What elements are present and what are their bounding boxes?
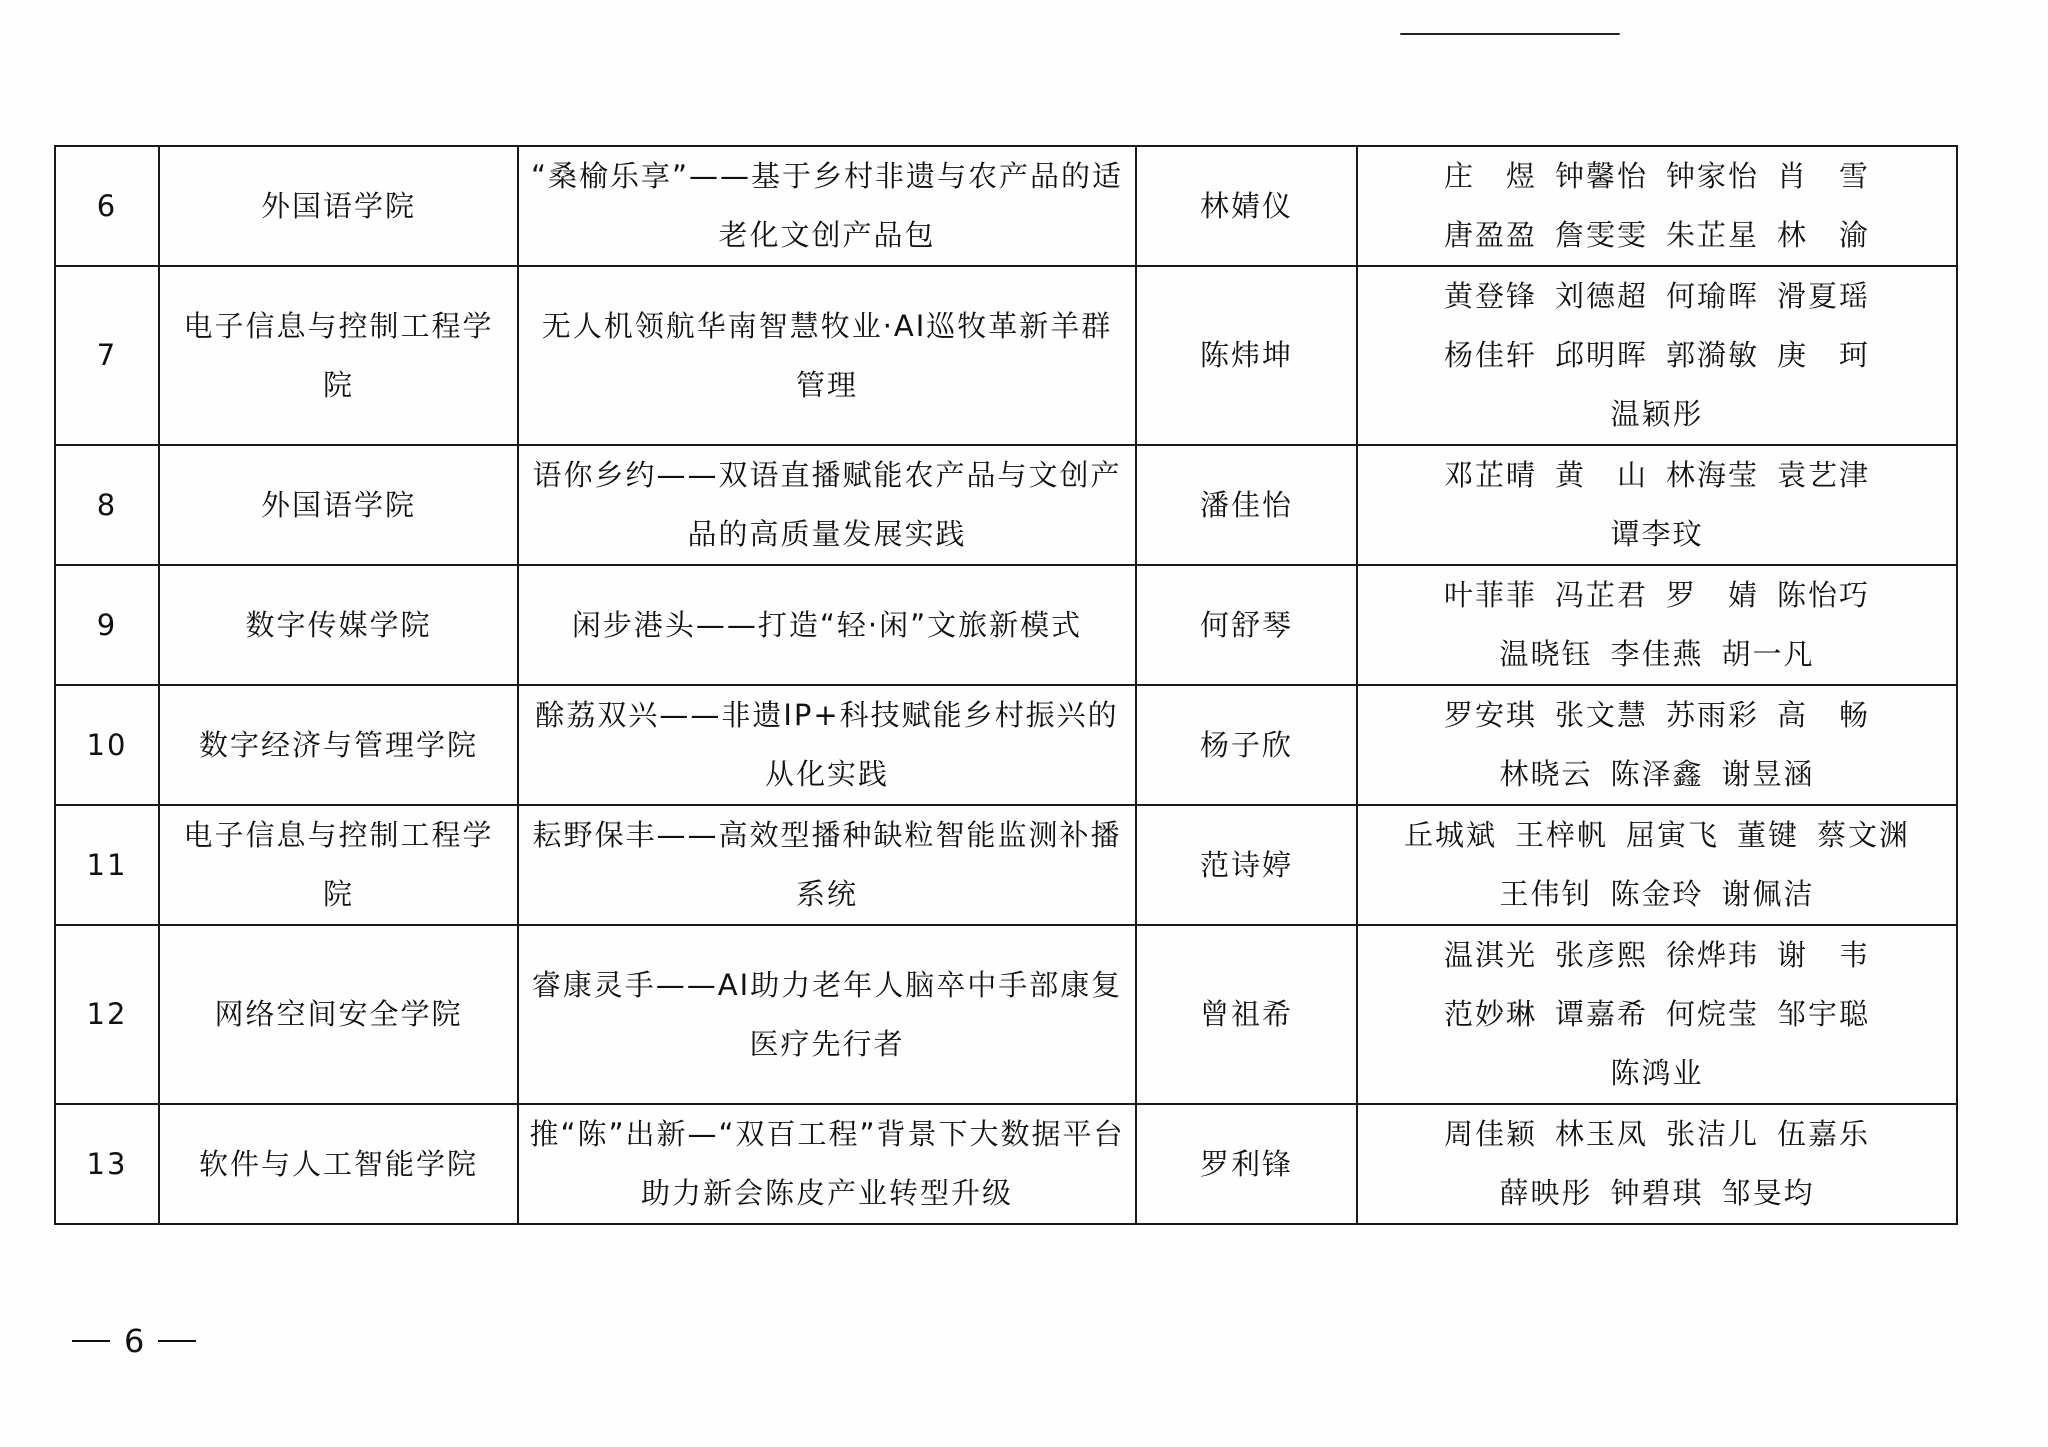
member-name: 周佳颖 (1444, 1105, 1537, 1164)
leader-cell: 潘佳怡 (1136, 445, 1357, 565)
member-name: 范妙琳 (1444, 985, 1537, 1044)
leader-cell: 曾祖希 (1136, 925, 1357, 1104)
project-title-cell: 闲步港头——打造“轻·闲”文旅新模式 (518, 565, 1136, 685)
member-name: 何烷莹 (1666, 985, 1759, 1044)
member-line: 周佳颖林玉凤张洁儿伍嘉乐 (1368, 1105, 1946, 1164)
members-cell: 温淇光张彦熙徐烨玮谢 韦范妙琳谭嘉希何烷莹邹宇聪陈鸿业 (1357, 925, 1957, 1104)
member-name: 张文慧 (1555, 686, 1648, 745)
member-name: 邱明晖 (1555, 326, 1648, 385)
table-row: 7电子信息与控制工程学院无人机领航华南智慧牧业·AI巡牧革新羊群管理陈炜坤黄登锋… (55, 266, 1957, 445)
member-name: 叶菲菲 (1444, 566, 1537, 625)
leader-cell: 何舒琴 (1136, 565, 1357, 685)
member-name: 罗 婧 (1666, 566, 1759, 625)
project-title-cell: 酴荔双兴——非遗IP+科技赋能乡村振兴的从化实践 (518, 685, 1136, 805)
row-number: 11 (55, 805, 159, 925)
member-name: 谢佩洁 (1722, 865, 1815, 924)
project-title-cell: 推“陈”出新—“双百工程”背景下大数据平台助力新会陈皮产业转型升级 (518, 1104, 1136, 1224)
member-name: 苏雨彩 (1666, 686, 1759, 745)
member-line: 温晓钰李佳燕胡一凡 (1368, 625, 1946, 684)
member-line: 黄登锋刘德超何瑜晖滑夏瑶 (1368, 267, 1946, 326)
member-line: 邓芷晴黄 山林海莹袁艺津 (1368, 446, 1946, 505)
member-line: 叶菲菲冯芷君罗 婧陈怡巧 (1368, 566, 1946, 625)
member-name: 邹宇聪 (1777, 985, 1870, 1044)
member-line: 陈鸿业 (1368, 1044, 1946, 1103)
project-title-cell: “桑榆乐享”——基于乡村非遗与农产品的适老化文创产品包 (518, 146, 1136, 266)
table-row: 8外国语学院语你乡约——双语直播赋能农产品与文创产品的高质量发展实践潘佳怡邓芷晴… (55, 445, 1957, 565)
leader-cell: 罗利锋 (1136, 1104, 1357, 1224)
table-row: 11电子信息与控制工程学院耘野保丰——高效型播种缺粒智能监测补播系统范诗婷丘城斌… (55, 805, 1957, 925)
project-title-cell: 耘野保丰——高效型播种缺粒智能监测补播系统 (518, 805, 1136, 925)
member-name: 谭李玟 (1610, 505, 1703, 564)
member-name: 温颖彤 (1610, 385, 1703, 444)
college-cell: 数字传媒学院 (159, 565, 518, 685)
member-name: 薛映彤 (1499, 1164, 1592, 1223)
member-name: 何瑜晖 (1666, 267, 1759, 326)
header-rule (1400, 33, 1620, 35)
member-name: 王梓帆 (1515, 806, 1608, 865)
member-name: 伍嘉乐 (1777, 1105, 1870, 1164)
members-cell: 黄登锋刘德超何瑜晖滑夏瑶杨佳轩邱明晖郭漪敏庚 珂温颖彤 (1357, 266, 1957, 445)
table-row: 6外国语学院“桑榆乐享”——基于乡村非遗与农产品的适老化文创产品包林婧仪庄 煜钟… (55, 146, 1957, 266)
members-cell: 叶菲菲冯芷君罗 婧陈怡巧温晓钰李佳燕胡一凡 (1357, 565, 1957, 685)
table-body: 6外国语学院“桑榆乐享”——基于乡村非遗与农产品的适老化文创产品包林婧仪庄 煜钟… (55, 146, 1957, 1224)
project-title-cell: 睿康灵手——AI助力老年人脑卒中手部康复医疗先行者 (518, 925, 1136, 1104)
member-name: 庄 煜 (1444, 147, 1537, 206)
member-name: 陈金玲 (1610, 865, 1703, 924)
member-name: 温淇光 (1444, 926, 1537, 985)
college-cell: 电子信息与控制工程学院 (159, 266, 518, 445)
members-cell: 周佳颖林玉凤张洁儿伍嘉乐薛映彤钟碧琪邹旻均 (1357, 1104, 1957, 1224)
member-name: 张彦熙 (1555, 926, 1648, 985)
college-cell: 外国语学院 (159, 146, 518, 266)
row-number: 7 (55, 266, 159, 445)
member-name: 高 畅 (1777, 686, 1870, 745)
member-line: 王伟钊陈金玲谢佩洁 (1368, 865, 1946, 924)
member-name: 冯芷君 (1555, 566, 1648, 625)
dash-left (72, 1340, 110, 1342)
member-name: 钟家怡 (1666, 147, 1759, 206)
project-title-cell: 语你乡约——双语直播赋能农产品与文创产品的高质量发展实践 (518, 445, 1136, 565)
dash-right (158, 1340, 196, 1342)
member-name: 谢昱涵 (1722, 745, 1815, 804)
member-line: 庄 煜钟馨怡钟家怡肖 雪 (1368, 147, 1946, 206)
member-name: 丘城斌 (1404, 806, 1497, 865)
row-number: 9 (55, 565, 159, 685)
member-line: 温淇光张彦熙徐烨玮谢 韦 (1368, 926, 1946, 985)
leader-cell: 杨子欣 (1136, 685, 1357, 805)
member-line: 唐盈盈詹雯雯朱芷星林 渝 (1368, 206, 1946, 265)
member-name: 林 渝 (1777, 206, 1870, 265)
member-line: 丘城斌王梓帆屈寅飞董键蔡文渊 (1368, 806, 1946, 865)
member-name: 陈怡巧 (1777, 566, 1870, 625)
member-line: 谭李玟 (1368, 505, 1946, 564)
member-name: 胡一凡 (1722, 625, 1815, 684)
row-number: 12 (55, 925, 159, 1104)
members-cell: 庄 煜钟馨怡钟家怡肖 雪唐盈盈詹雯雯朱芷星林 渝 (1357, 146, 1957, 266)
row-number: 8 (55, 445, 159, 565)
table-row: 12网络空间安全学院睿康灵手——AI助力老年人脑卒中手部康复医疗先行者曾祖希温淇… (55, 925, 1957, 1104)
member-line: 林晓云陈泽鑫谢昱涵 (1368, 745, 1946, 804)
table-row: 10数字经济与管理学院酴荔双兴——非遗IP+科技赋能乡村振兴的从化实践杨子欣罗安… (55, 685, 1957, 805)
member-name: 谭嘉希 (1555, 985, 1648, 1044)
member-name: 屈寅飞 (1626, 806, 1719, 865)
member-name: 钟馨怡 (1555, 147, 1648, 206)
member-name: 陈鸿业 (1610, 1044, 1703, 1103)
college-cell: 外国语学院 (159, 445, 518, 565)
member-name: 温晓钰 (1499, 625, 1592, 684)
member-name: 刘德超 (1555, 267, 1648, 326)
member-name: 林海莹 (1666, 446, 1759, 505)
row-number: 13 (55, 1104, 159, 1224)
member-name: 唐盈盈 (1444, 206, 1537, 265)
member-name: 谢 韦 (1777, 926, 1870, 985)
member-name: 袁艺津 (1777, 446, 1870, 505)
member-name: 朱芷星 (1666, 206, 1759, 265)
member-name: 邹旻均 (1722, 1164, 1815, 1223)
leader-cell: 陈炜坤 (1136, 266, 1357, 445)
leader-cell: 范诗婷 (1136, 805, 1357, 925)
member-name: 陈泽鑫 (1610, 745, 1703, 804)
college-cell: 软件与人工智能学院 (159, 1104, 518, 1224)
member-name: 董键 (1737, 806, 1799, 865)
college-cell: 网络空间安全学院 (159, 925, 518, 1104)
member-line: 薛映彤钟碧琪邹旻均 (1368, 1164, 1946, 1223)
project-table: 6外国语学院“桑榆乐享”——基于乡村非遗与农产品的适老化文创产品包林婧仪庄 煜钟… (54, 145, 1958, 1225)
table-row: 13软件与人工智能学院推“陈”出新—“双百工程”背景下大数据平台助力新会陈皮产业… (55, 1104, 1957, 1224)
member-line: 罗安琪张文慧苏雨彩高 畅 (1368, 686, 1946, 745)
member-name: 王伟钊 (1499, 865, 1592, 924)
row-number: 6 (55, 146, 159, 266)
member-name: 张洁儿 (1666, 1105, 1759, 1164)
table-row: 9数字传媒学院闲步港头——打造“轻·闲”文旅新模式何舒琴叶菲菲冯芷君罗 婧陈怡巧… (55, 565, 1957, 685)
member-name: 邓芷晴 (1444, 446, 1537, 505)
member-name: 郭漪敏 (1666, 326, 1759, 385)
member-name: 肖 雪 (1777, 147, 1870, 206)
member-name: 黄登锋 (1444, 267, 1537, 326)
page-footer: 6 (72, 1322, 196, 1360)
row-number: 10 (55, 685, 159, 805)
member-name: 李佳燕 (1610, 625, 1703, 684)
member-name: 詹雯雯 (1555, 206, 1648, 265)
member-line: 杨佳轩邱明晖郭漪敏庚 珂 (1368, 326, 1946, 385)
member-name: 林玉凤 (1555, 1105, 1648, 1164)
member-line: 温颖彤 (1368, 385, 1946, 444)
members-cell: 丘城斌王梓帆屈寅飞董键蔡文渊王伟钊陈金玲谢佩洁 (1357, 805, 1957, 925)
members-cell: 罗安琪张文慧苏雨彩高 畅林晓云陈泽鑫谢昱涵 (1357, 685, 1957, 805)
college-cell: 电子信息与控制工程学院 (159, 805, 518, 925)
member-name: 杨佳轩 (1444, 326, 1537, 385)
college-cell: 数字经济与管理学院 (159, 685, 518, 805)
member-name: 徐烨玮 (1666, 926, 1759, 985)
member-name: 滑夏瑶 (1777, 267, 1870, 326)
page-number: 6 (124, 1322, 144, 1360)
member-name: 蔡文渊 (1817, 806, 1910, 865)
members-cell: 邓芷晴黄 山林海莹袁艺津谭李玟 (1357, 445, 1957, 565)
member-line: 范妙琳谭嘉希何烷莹邹宇聪 (1368, 985, 1946, 1044)
member-name: 庚 珂 (1777, 326, 1870, 385)
member-name: 罗安琪 (1444, 686, 1537, 745)
member-name: 钟碧琪 (1610, 1164, 1703, 1223)
project-title-cell: 无人机领航华南智慧牧业·AI巡牧革新羊群管理 (518, 266, 1136, 445)
member-name: 黄 山 (1555, 446, 1648, 505)
leader-cell: 林婧仪 (1136, 146, 1357, 266)
member-name: 林晓云 (1499, 745, 1592, 804)
